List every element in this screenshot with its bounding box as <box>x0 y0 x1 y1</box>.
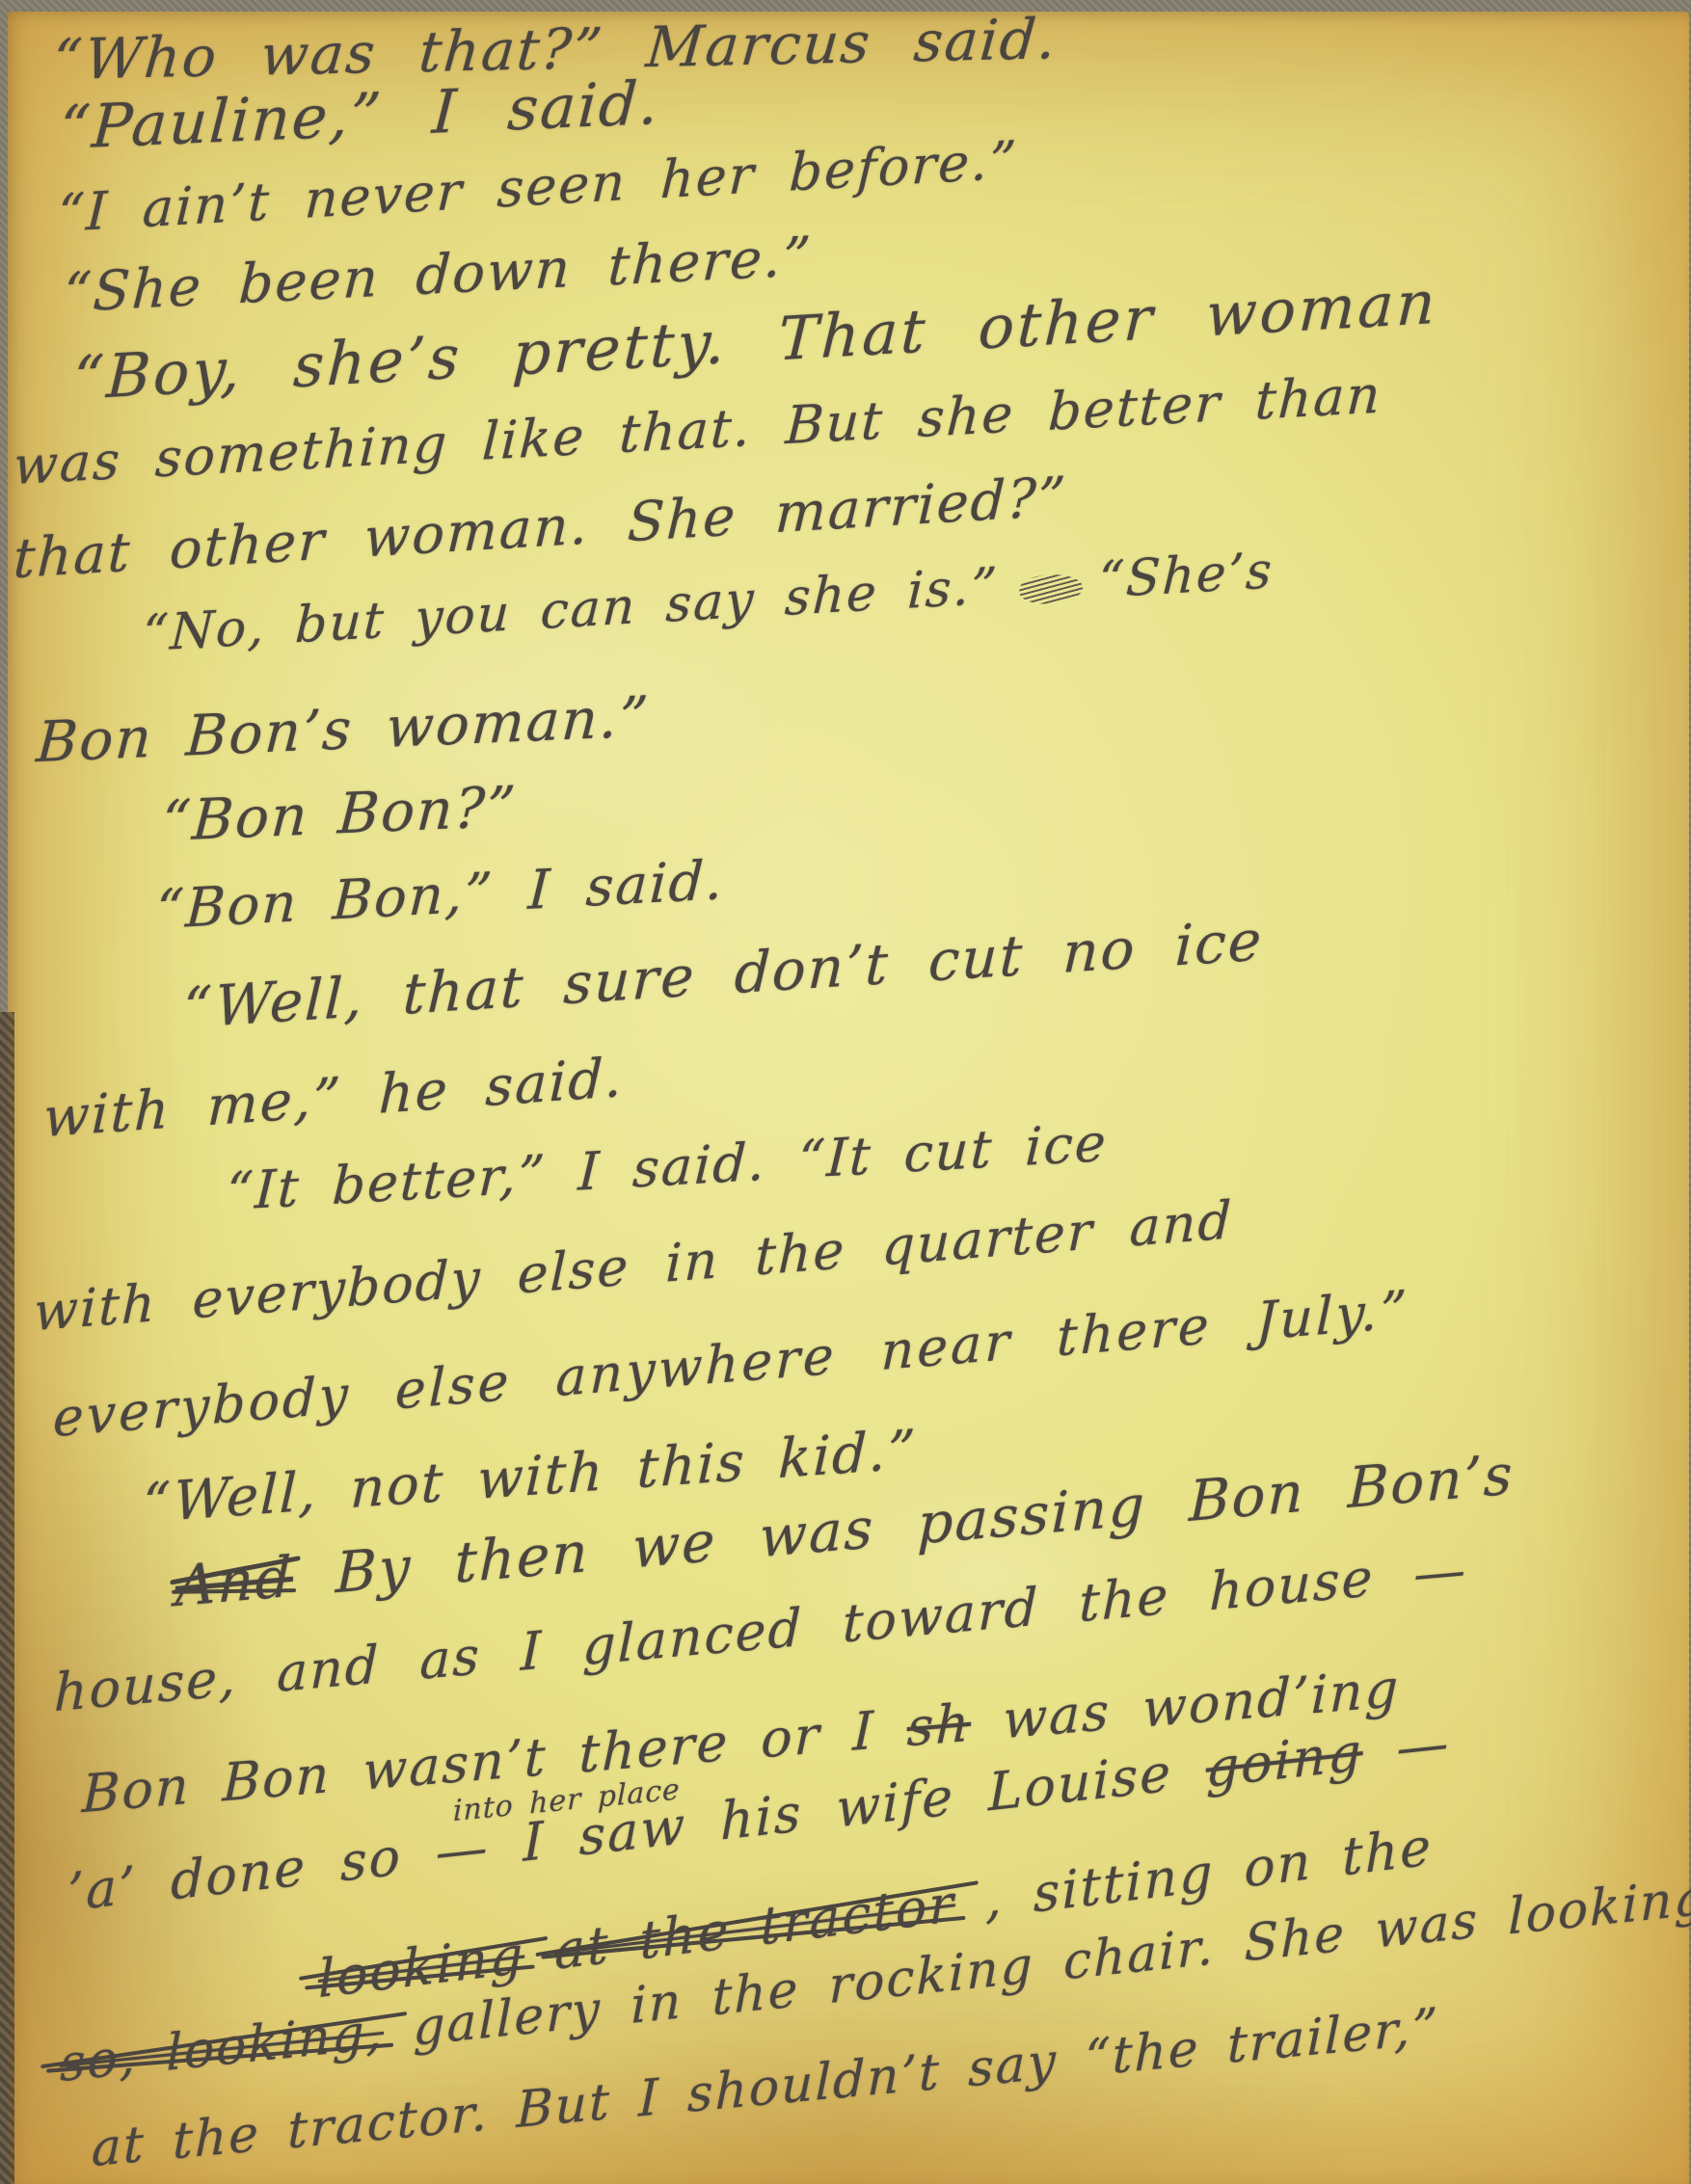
photo-left-edge <box>0 1012 14 2184</box>
illegible-scribble-strike <box>1019 573 1084 605</box>
struck-segment: sh <box>906 1692 972 1759</box>
text-segment: “She’s <box>1097 542 1275 609</box>
text-segment: — <box>1396 1712 1450 1778</box>
struck-segment: And <box>174 1544 293 1620</box>
photo-background: { "document": { "type": "handwritten-man… <box>0 0 1691 2184</box>
